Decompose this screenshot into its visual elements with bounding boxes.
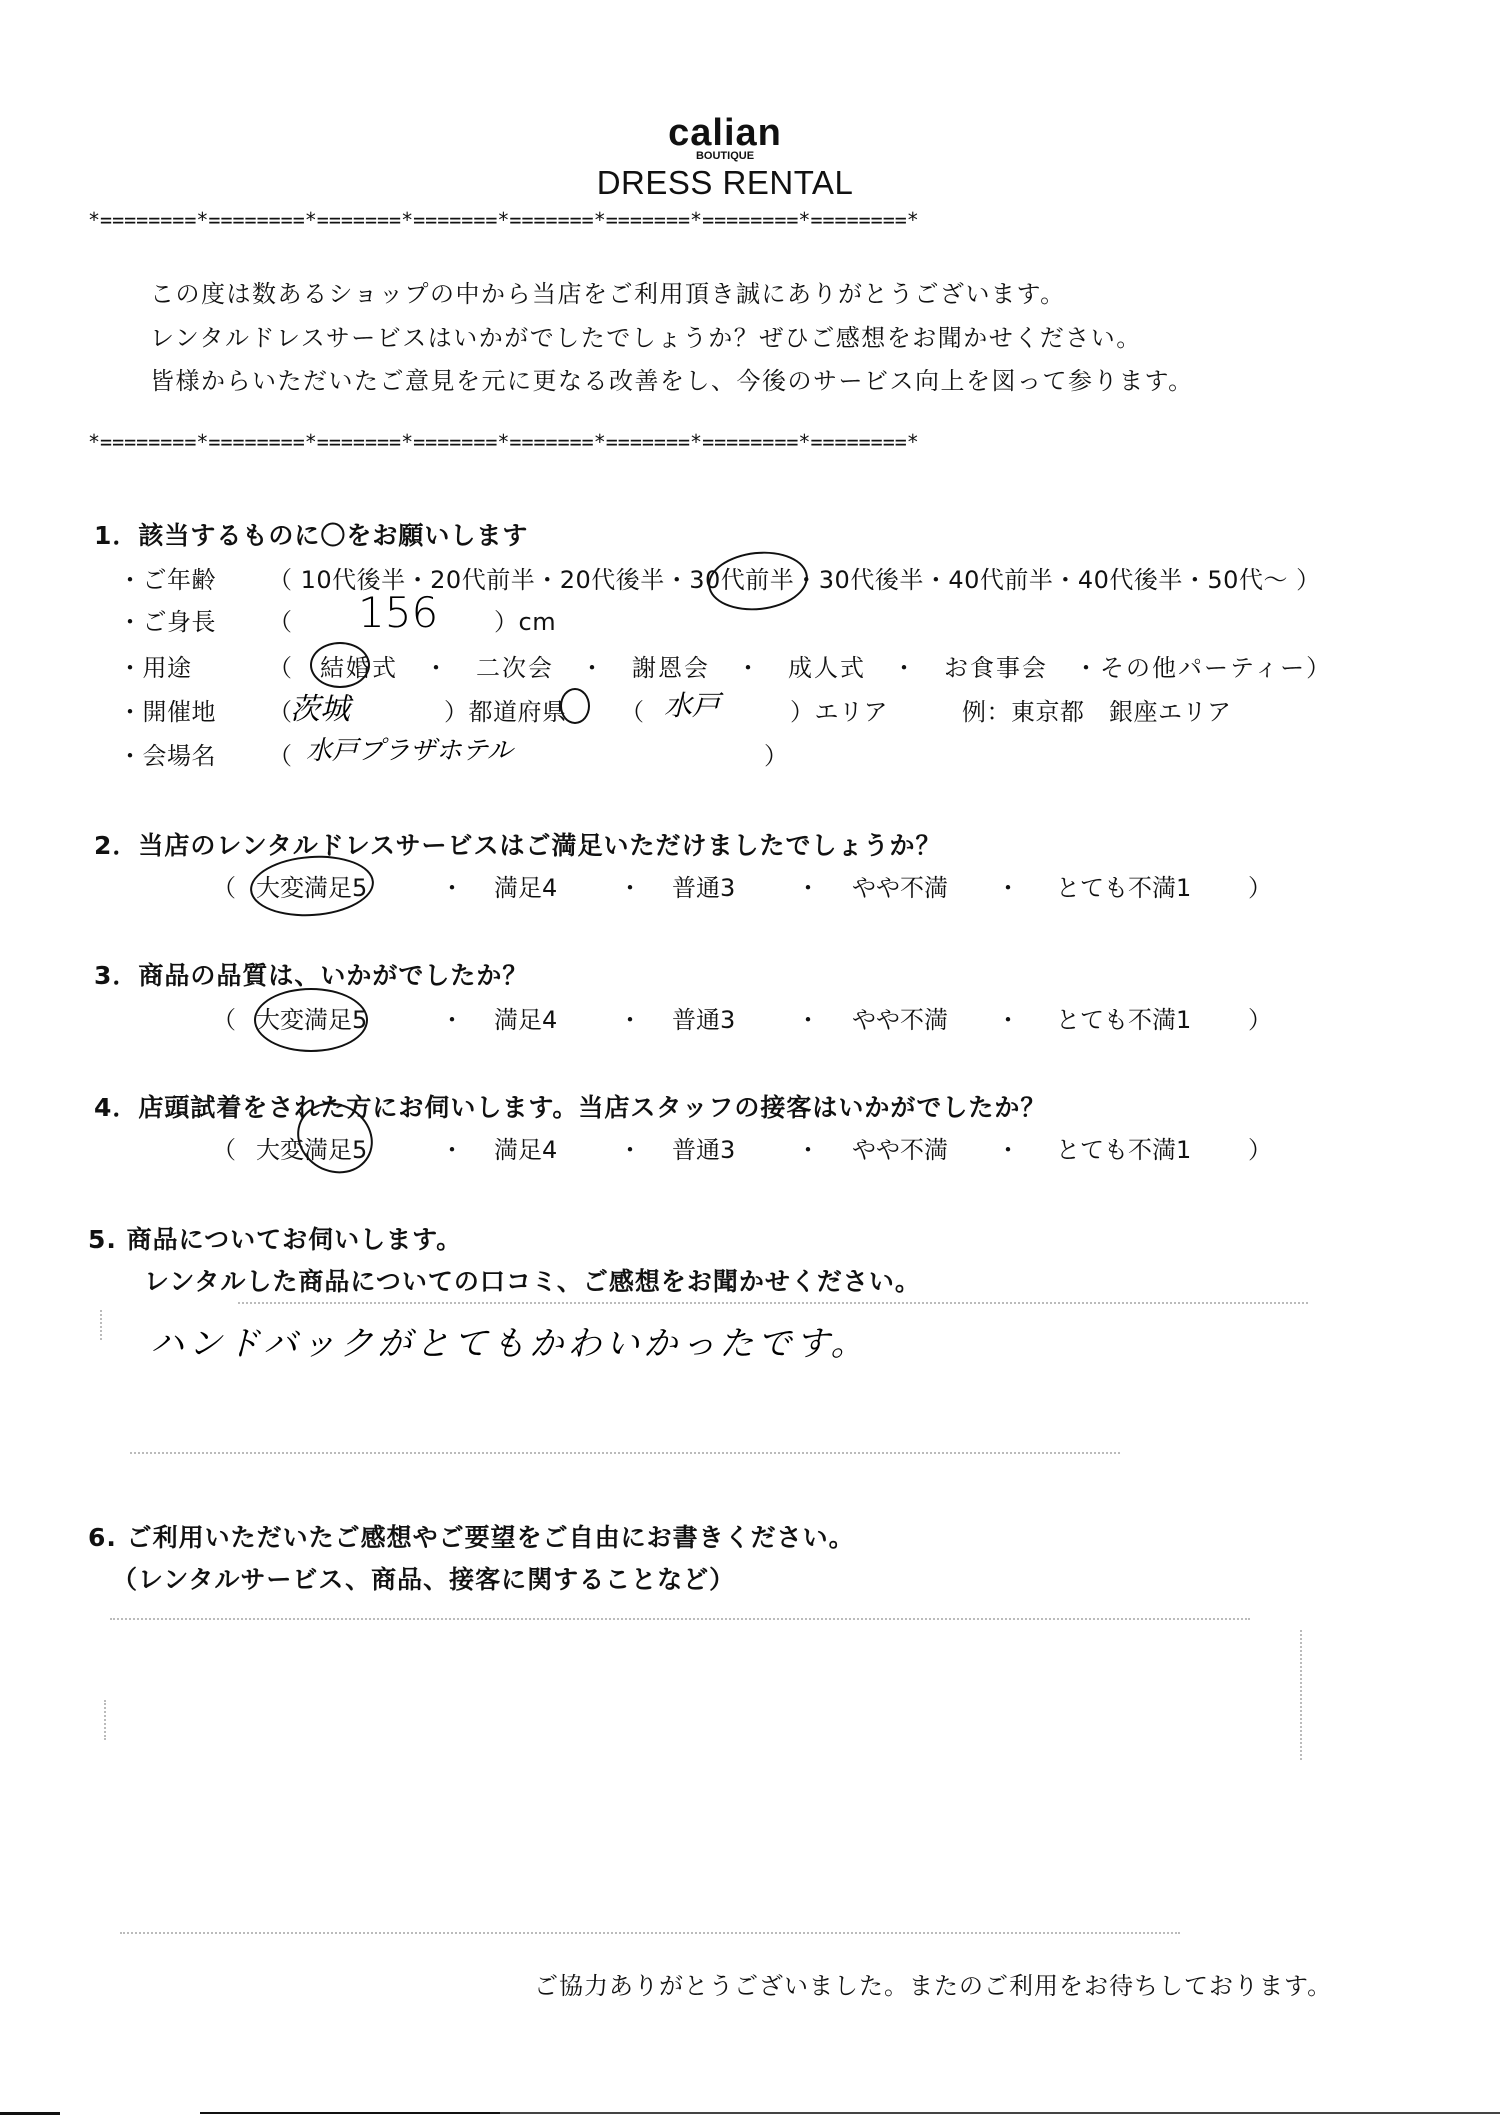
box-top-border <box>238 1302 1308 1304</box>
rating-sep: ・ <box>618 1130 642 1165</box>
venue-label: ・会場名 <box>118 736 216 771</box>
box-bottom-border <box>120 1932 1180 1934</box>
q3-rating-group[interactable]: （ 大変満足5 ・ 満足4 ・ 普通3 ・ やや不満 ・ とても不満1 ） <box>0 1000 1500 1040</box>
box-right-border <box>1300 1630 1302 1760</box>
venue-open-paren: （ <box>268 736 293 771</box>
venue-input[interactable]: 水戸プラザホテル <box>306 730 513 767</box>
q6-subtitle: （レンタルサービス、商品、接客に関することなど） <box>112 1560 735 1596</box>
q4-rating-group[interactable]: （ 大変満足5 ・ 満足4 ・ 普通3 ・ やや不満 ・ とても不満1 ） <box>0 1130 1500 1170</box>
rating-option-1[interactable]: とても不満1 <box>1056 1130 1191 1165</box>
rating-sep: ・ <box>796 1000 820 1035</box>
brand-logo: calian <box>0 112 1450 155</box>
rating-option-1[interactable]: とても不満1 <box>1056 868 1191 903</box>
rating-option-2[interactable]: やや不満 <box>852 868 948 903</box>
rating-option-2[interactable]: やや不満 <box>852 1000 948 1035</box>
rating-sep: ・ <box>996 1000 1020 1035</box>
rating-close: ） <box>1248 1000 1272 1035</box>
height-input[interactable]: 156 <box>358 588 438 637</box>
location-label: ・開催地 <box>118 692 216 727</box>
rating-sep: ・ <box>618 868 642 903</box>
rating-option-5[interactable]: 大変満足5 <box>256 1000 367 1035</box>
rating-sep: ・ <box>440 1130 464 1165</box>
rating-sep: ・ <box>440 868 464 903</box>
height-open-paren: （ <box>268 602 293 637</box>
rating-open: （ <box>212 1130 236 1165</box>
rating-sep: ・ <box>996 1130 1020 1165</box>
q3-title: 3．商品の品質は、いかがでしたか？ <box>94 956 528 992</box>
area-suffix: ）エリア <box>790 692 888 727</box>
q2-title: 2．当店のレンタルドレスサービスはご満足いただけましたでしょうか？ <box>94 826 942 862</box>
purpose-label: ・用途 <box>118 648 192 683</box>
rating-option-3[interactable]: 普通3 <box>672 868 735 903</box>
rating-close: ） <box>1248 868 1272 903</box>
height-unit: ）cm <box>494 602 556 637</box>
rating-open: （ <box>212 1000 236 1035</box>
rating-option-3[interactable]: 普通3 <box>672 1000 735 1035</box>
location-example: 例：東京都 銀座エリア <box>962 692 1232 727</box>
rating-option-5[interactable]: 大変満足5 <box>256 1130 367 1165</box>
q2-rating-group[interactable]: （ 大変満足5 ・ 満足4 ・ 普通3 ・ やや不満 ・ とても不満1 ） <box>0 868 1500 908</box>
divider-top: *========*========*=======*=======*=====… <box>88 208 1388 232</box>
q1-title: 1．該当するものに〇をお願いします <box>94 516 528 552</box>
height-label: ・ご身長 <box>118 602 216 637</box>
rating-sep: ・ <box>796 868 820 903</box>
prefecture-suffix: ）都道府県 <box>444 692 567 727</box>
rating-option-4[interactable]: 満足4 <box>494 1000 557 1035</box>
prefecture-open-paren: （ <box>268 692 293 727</box>
venue-close-paren: ） <box>764 736 789 771</box>
scan-edge-line <box>500 2112 1500 2114</box>
rating-sep: ・ <box>796 1130 820 1165</box>
rating-option-4[interactable]: 満足4 <box>494 1130 557 1165</box>
q5-subtitle: レンタルした商品についての口コミ、ご感想をお聞かせください。 <box>144 1262 921 1298</box>
rating-sep: ・ <box>996 868 1020 903</box>
scan-edge-line <box>0 2112 60 2115</box>
rating-open: （ <box>212 868 236 903</box>
scan-edge-line <box>200 2112 530 2114</box>
box-left-border <box>100 1310 102 1340</box>
divider-bottom: *========*========*=======*=======*=====… <box>88 430 1388 454</box>
q6-title: 6. ご利用いただいたご感想やご要望をご自由にお書きください。 <box>88 1518 855 1554</box>
rating-sep: ・ <box>440 1000 464 1035</box>
box-bottom-border <box>130 1452 1120 1454</box>
rating-sep: ・ <box>618 1000 642 1035</box>
rating-close: ） <box>1248 1130 1272 1165</box>
purpose-options[interactable]: （ 結婚式 ・ 二次会 ・ 謝恩会 ・ 成人式 ・ お食事会 ・その他パーティー… <box>268 648 1332 683</box>
box-top-border <box>110 1618 1250 1620</box>
intro-line-1: この度は数あるショップの中から当店をご利用頂き誠にありがとうございます。 <box>150 274 1066 309</box>
intro-line-3: 皆様からいただいたご意見を元に更なる改善をし、今後のサービス向上を図って参ります… <box>150 361 1194 396</box>
rating-option-2[interactable]: やや不満 <box>852 1130 948 1165</box>
area-input[interactable]: 水戸 <box>664 684 720 724</box>
rating-option-5[interactable]: 大変満足5 <box>256 868 367 903</box>
prefecture-input[interactable]: 茨城 <box>290 684 350 728</box>
page-title: DRESS RENTAL <box>0 164 1450 202</box>
rating-option-3[interactable]: 普通3 <box>672 1130 735 1165</box>
intro-line-2: レンタルドレスサービスはいかがでしたでしょうか？ぜひご感想をお聞かせください。 <box>150 318 1142 353</box>
q5-answer-text[interactable]: ハンドバックがとてもかわいかったです。 <box>150 1316 869 1365</box>
rating-option-4[interactable]: 満足4 <box>494 868 557 903</box>
age-label: ・ご年齢 <box>118 560 216 595</box>
q4-title: 4．店頭試着をされた方にお伺いします。当店スタッフの接客はいかがでしたか？ <box>94 1088 1046 1124</box>
area-open-paren: （ <box>620 692 645 727</box>
q5-title: 5. 商品についてお伺いします。 <box>88 1220 462 1256</box>
rating-option-1[interactable]: とても不満1 <box>1056 1000 1191 1035</box>
box-left-border <box>104 1700 106 1740</box>
brand-subtitle: BOUTIQUE <box>0 150 1450 162</box>
footer-thanks: ご協力ありがとうございました。またのご利用をお待ちしております。 <box>534 1966 1332 2001</box>
